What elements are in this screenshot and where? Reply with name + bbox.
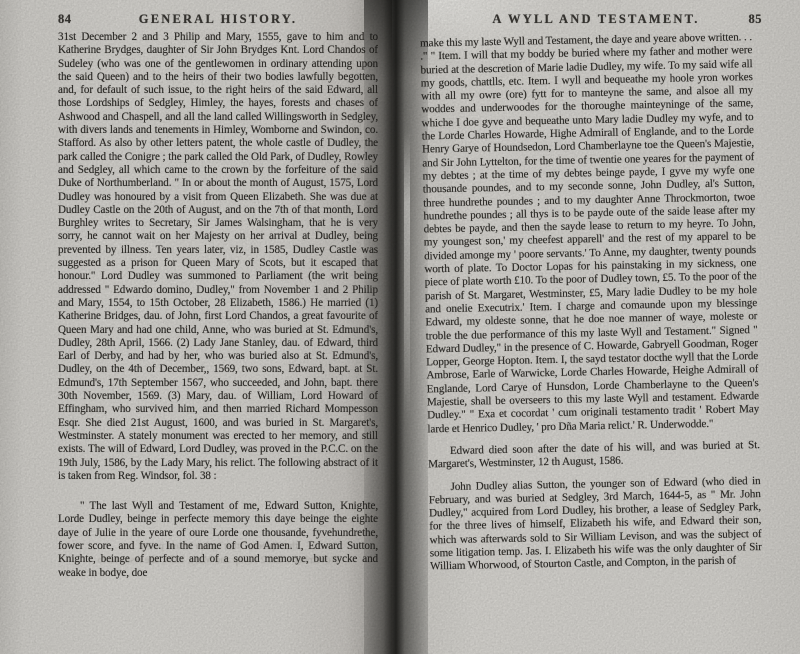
right-running-title: A WYLL AND TESTAMENT. xyxy=(460,12,732,27)
left-page-number: 84 xyxy=(58,12,88,27)
left-page-body: 31st December 2 and 3 Philip and Mary, 1… xyxy=(58,31,378,651)
paragraph: 31st December 2 and 3 Philip and Mary, 1… xyxy=(58,31,378,483)
left-page: 84 GENERAL HISTORY. 31st December 2 and … xyxy=(0,0,392,654)
scanned-book-spread: 84 GENERAL HISTORY. 31st December 2 and … xyxy=(0,0,800,654)
left-running-title: GENERAL HISTORY. xyxy=(88,12,348,27)
right-page-number: 85 xyxy=(732,12,762,27)
left-page-header: 84 GENERAL HISTORY. xyxy=(58,12,378,27)
right-page: A WYLL AND TESTAMENT. 85 make this my la… xyxy=(392,0,800,654)
paragraph: " The last Wyll and Testament of me, Edw… xyxy=(58,500,378,580)
right-page-header: A WYLL AND TESTAMENT. 85 xyxy=(430,12,762,27)
paragraph: John Dudley alias Sutton, the younger so… xyxy=(428,475,762,574)
paragraph: make this my laste Wyll and Testament, t… xyxy=(420,31,760,436)
paragraph: Edward died soon after the date of his w… xyxy=(428,439,760,472)
right-page-body: make this my laste Wyll and Testament, t… xyxy=(420,31,764,654)
